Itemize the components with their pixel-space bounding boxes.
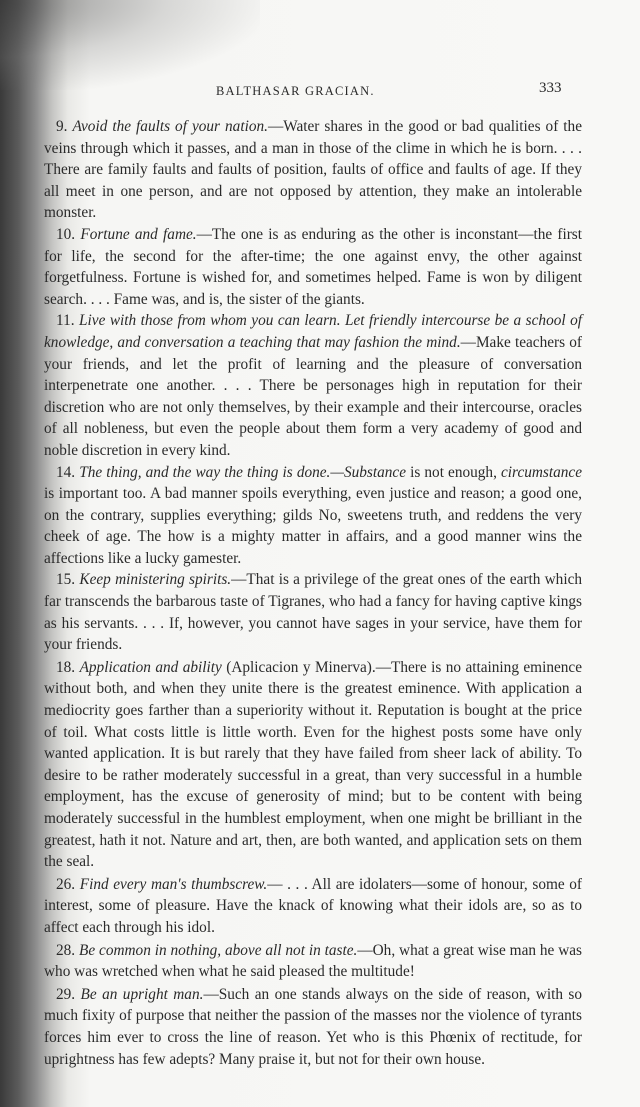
maxim-number: 10.: [56, 226, 75, 243]
maxim-title: Application and ability: [80, 659, 222, 676]
maxim-11: 11. Live with those from whom you can le…: [44, 310, 582, 461]
maxim-number: 29.: [56, 986, 75, 1003]
maxim-title: Avoid the faults of your nation.: [73, 118, 268, 135]
maxim-number: 9.: [56, 118, 67, 135]
maxim-title: The thing, and the way the thing is done…: [79, 464, 406, 481]
maxim-text-part: is not enough,: [406, 464, 501, 481]
maxim-29: 29. Be an upright man.—Such an one stand…: [44, 984, 582, 1070]
maxim-9: 9. Avoid the faults of your nation.—Wate…: [44, 116, 582, 224]
maxim-title: Be common in nothing, above all not in t…: [79, 942, 357, 959]
maxim-number: 14.: [56, 464, 75, 481]
scan-shadow: [0, 0, 260, 90]
maxim-title: Find every man's thumbscrew.: [80, 876, 267, 893]
running-header: BALTHASAR GRACIAN. 333: [0, 80, 640, 104]
maxim-number: 26.: [56, 876, 75, 893]
maxim-18: 18. Application and ability (Aplicacion …: [44, 657, 582, 873]
maxim-26: 26. Find every man's thumbscrew.— . . . …: [44, 874, 582, 939]
maxim-title: Fortune and fame.: [80, 226, 196, 243]
page-body: 9. Avoid the faults of your nation.—Wate…: [44, 116, 582, 1070]
maxim-14: 14. The thing, and the way the thing is …: [44, 462, 582, 570]
running-title: BALTHASAR GRACIAN.: [216, 84, 375, 99]
maxim-number: 28.: [56, 942, 75, 959]
maxim-text: —Make teachers of your friends, and let …: [44, 334, 582, 459]
scanned-book-page: BALTHASAR GRACIAN. 333 9. Avoid the faul…: [0, 0, 640, 1107]
maxim-10: 10. Fortune and fame.—The one is as endu…: [44, 224, 582, 310]
page-number: 333: [539, 80, 562, 97]
maxim-number: 15.: [56, 571, 75, 588]
maxim-title-suffix: (Aplicacion y Minerva).: [222, 659, 376, 676]
maxim-text-italic: circumstance: [501, 464, 582, 481]
maxim-title: Be an upright man.: [81, 986, 204, 1003]
maxim-title: Keep ministering spirits.: [79, 571, 231, 588]
maxim-text: —There is no attaining eminence without …: [44, 659, 582, 870]
maxim-number: 11.: [56, 312, 75, 329]
maxim-number: 18.: [56, 659, 75, 676]
maxim-15: 15. Keep ministering spirits.—That is a …: [44, 569, 582, 655]
maxim-28: 28. Be common in nothing, above all not …: [44, 940, 582, 983]
maxim-text-part: is important too. A bad manner spoils ev…: [44, 485, 582, 567]
